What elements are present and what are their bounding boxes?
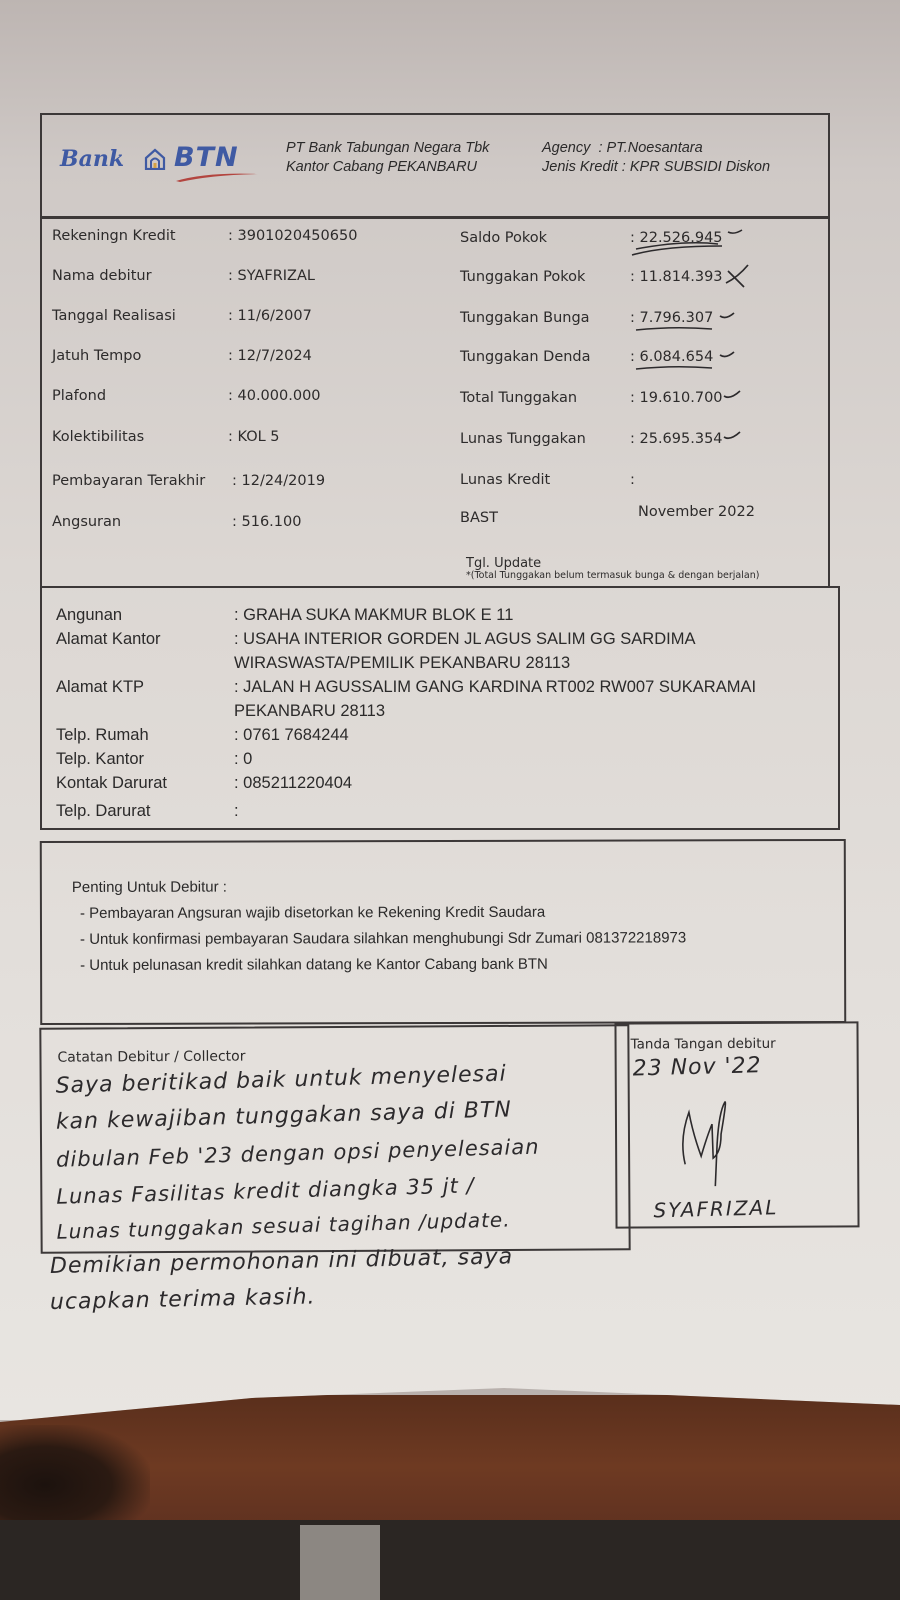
field-label: Kontak Darurat: [56, 774, 167, 793]
field-label: Total Tunggakan: [460, 390, 577, 406]
check-mark-icon: [624, 425, 754, 459]
update-label: Tgl. Update: [466, 556, 541, 571]
notice-title: Penting Untuk Debitur :: [72, 879, 227, 896]
arrears-footnote: *(Total Tunggakan belum termasuk bunga &…: [466, 570, 759, 581]
check-mark-icon: [624, 224, 754, 258]
notes-title: Catatan Debitur / Collector: [57, 1049, 245, 1066]
signature-scribble-icon: [677, 1094, 748, 1194]
field-value: : USAHA INTERIOR GORDEN JL AGUS SALIM GG…: [234, 630, 695, 649]
handwritten-line: dibulan Feb '23 dengan opsi penyelesaian: [56, 1135, 540, 1172]
signature-date: 23 Nov '22: [632, 1053, 762, 1081]
notice-item: - Untuk konfirmasi pembayaran Saudara si…: [80, 929, 686, 948]
branch-name: Kantor Cabang PEKANBARU: [286, 158, 489, 177]
field-value: : 085211220404: [234, 774, 352, 793]
field-label: Rekeningn Kredit: [52, 228, 176, 244]
bank-name: PT Bank Tabungan Negara Tbk: [286, 139, 489, 158]
notice-item: - Untuk pelunasan kredit silahkan datang…: [80, 956, 548, 974]
header-box: Bank BTN PT Bank Tabungan Negara Tbk Kan…: [40, 113, 830, 219]
field-label: Saldo Pokok: [460, 230, 547, 246]
field-label: BAST: [460, 510, 498, 526]
field-value: : SYAFRIZAL: [228, 268, 315, 284]
field-label: Tunggakan Denda: [460, 349, 591, 365]
field-value: : 12/7/2024: [228, 348, 312, 364]
loan-info-box: Rekeningn Kredit: 3901020450650Nama debi…: [40, 216, 830, 588]
field-label: Plafond: [52, 388, 106, 404]
field-label: Alamat KTP: [56, 678, 144, 697]
floor-gap: [300, 1525, 380, 1600]
field-label: Lunas Tunggakan: [460, 431, 586, 447]
agency-info: Agency : PT.Noesantara Jenis Kredit : KP…: [542, 139, 770, 177]
collector-notes-box: Catatan Debitur / Collector Saya beritik…: [39, 1024, 630, 1254]
field-label: Angsuran: [52, 514, 121, 530]
handwritten-line: Lunas tunggakan sesuai tagihan /update.: [56, 1207, 511, 1243]
check-mark-icon: [624, 304, 754, 338]
check-mark-icon: [624, 343, 754, 377]
field-label: Tunggakan Pokok: [460, 269, 585, 285]
logo-swoosh: [176, 172, 258, 182]
field-label: Pembayaran Terakhir: [52, 473, 205, 489]
field-value: WIRASWASTA/PEMILIK PEKANBARU 28113: [234, 654, 570, 673]
logo-word-btn: BTN: [174, 142, 239, 173]
field-label: Telp. Kantor: [56, 750, 144, 769]
field-value: PEKANBARU 28113: [234, 702, 385, 721]
handwritten-line: kan kewajiban tunggakan saya di BTN: [56, 1097, 513, 1134]
field-label: Tanggal Realisasi: [52, 308, 176, 324]
field-label: Nama debitur: [52, 268, 152, 284]
handwritten-line: Lunas Fasilitas kredit diangka 35 jt /: [56, 1173, 475, 1208]
field-value: November 2022: [638, 504, 755, 520]
field-value: : 11/6/2007: [228, 308, 312, 324]
field-value: : 40.000.000: [228, 388, 321, 404]
field-value: : 516.100: [232, 514, 301, 530]
handwritten-line: Saya beritikad baik untuk menyelesai: [55, 1062, 507, 1099]
field-label: Lunas Kredit: [460, 472, 550, 488]
credit-type-label: Jenis Kredit: [542, 159, 618, 175]
cross-mark-icon: [624, 263, 754, 297]
agency-value: : PT.Noesantara: [598, 140, 702, 156]
field-label: Alamat Kantor: [56, 630, 161, 649]
field-value: :: [630, 472, 635, 488]
bank-identity: PT Bank Tabungan Negara Tbk Kantor Caban…: [286, 139, 489, 177]
check-mark-icon: [624, 384, 754, 418]
notice-item: - Pembayaran Angsuran wajib disetorkan k…: [80, 904, 545, 922]
agency-label: Agency: [542, 140, 590, 156]
field-label: Telp. Rumah: [56, 726, 149, 745]
field-value: : 0: [234, 750, 252, 769]
field-value: :: [234, 802, 239, 821]
logo-word-bank: Bank: [60, 146, 124, 172]
field-label: Kolektibilitas: [52, 429, 144, 445]
signature-box: Tanda Tangan debitur 23 Nov '22 SYAFRIZA…: [614, 1021, 859, 1228]
credit-type-value: : KPR SUBSIDI Diskon: [622, 159, 770, 175]
field-value: : GRAHA SUKA MAKMUR BLOK E 11: [234, 606, 513, 625]
notice-box: Penting Untuk Debitur : - Pembayaran Ang…: [40, 839, 846, 1025]
bank-btn-logo: Bank BTN: [60, 142, 270, 182]
address-box: Angunan: GRAHA SUKA MAKMUR BLOK E 11Alam…: [40, 586, 840, 830]
field-value: : 12/24/2019: [232, 473, 325, 489]
field-label: Telp. Darurat: [56, 802, 150, 821]
field-label: Jatuh Tempo: [52, 348, 141, 364]
field-label: Tunggakan Bunga: [460, 310, 590, 326]
field-value: : KOL 5: [228, 429, 280, 445]
house-arch-icon: [144, 148, 166, 170]
field-label: Angunan: [56, 606, 122, 625]
floor-shadow: [0, 1520, 900, 1600]
signature-title: Tanda Tangan debitur: [631, 1036, 776, 1053]
signature-name: SYAFRIZAL: [653, 1195, 778, 1222]
field-value: : 0761 7684244: [234, 726, 349, 745]
field-value: : JALAN H AGUSSALIM GANG KARDINA RT002 R…: [234, 678, 756, 697]
field-value: : 3901020450650: [228, 228, 357, 244]
